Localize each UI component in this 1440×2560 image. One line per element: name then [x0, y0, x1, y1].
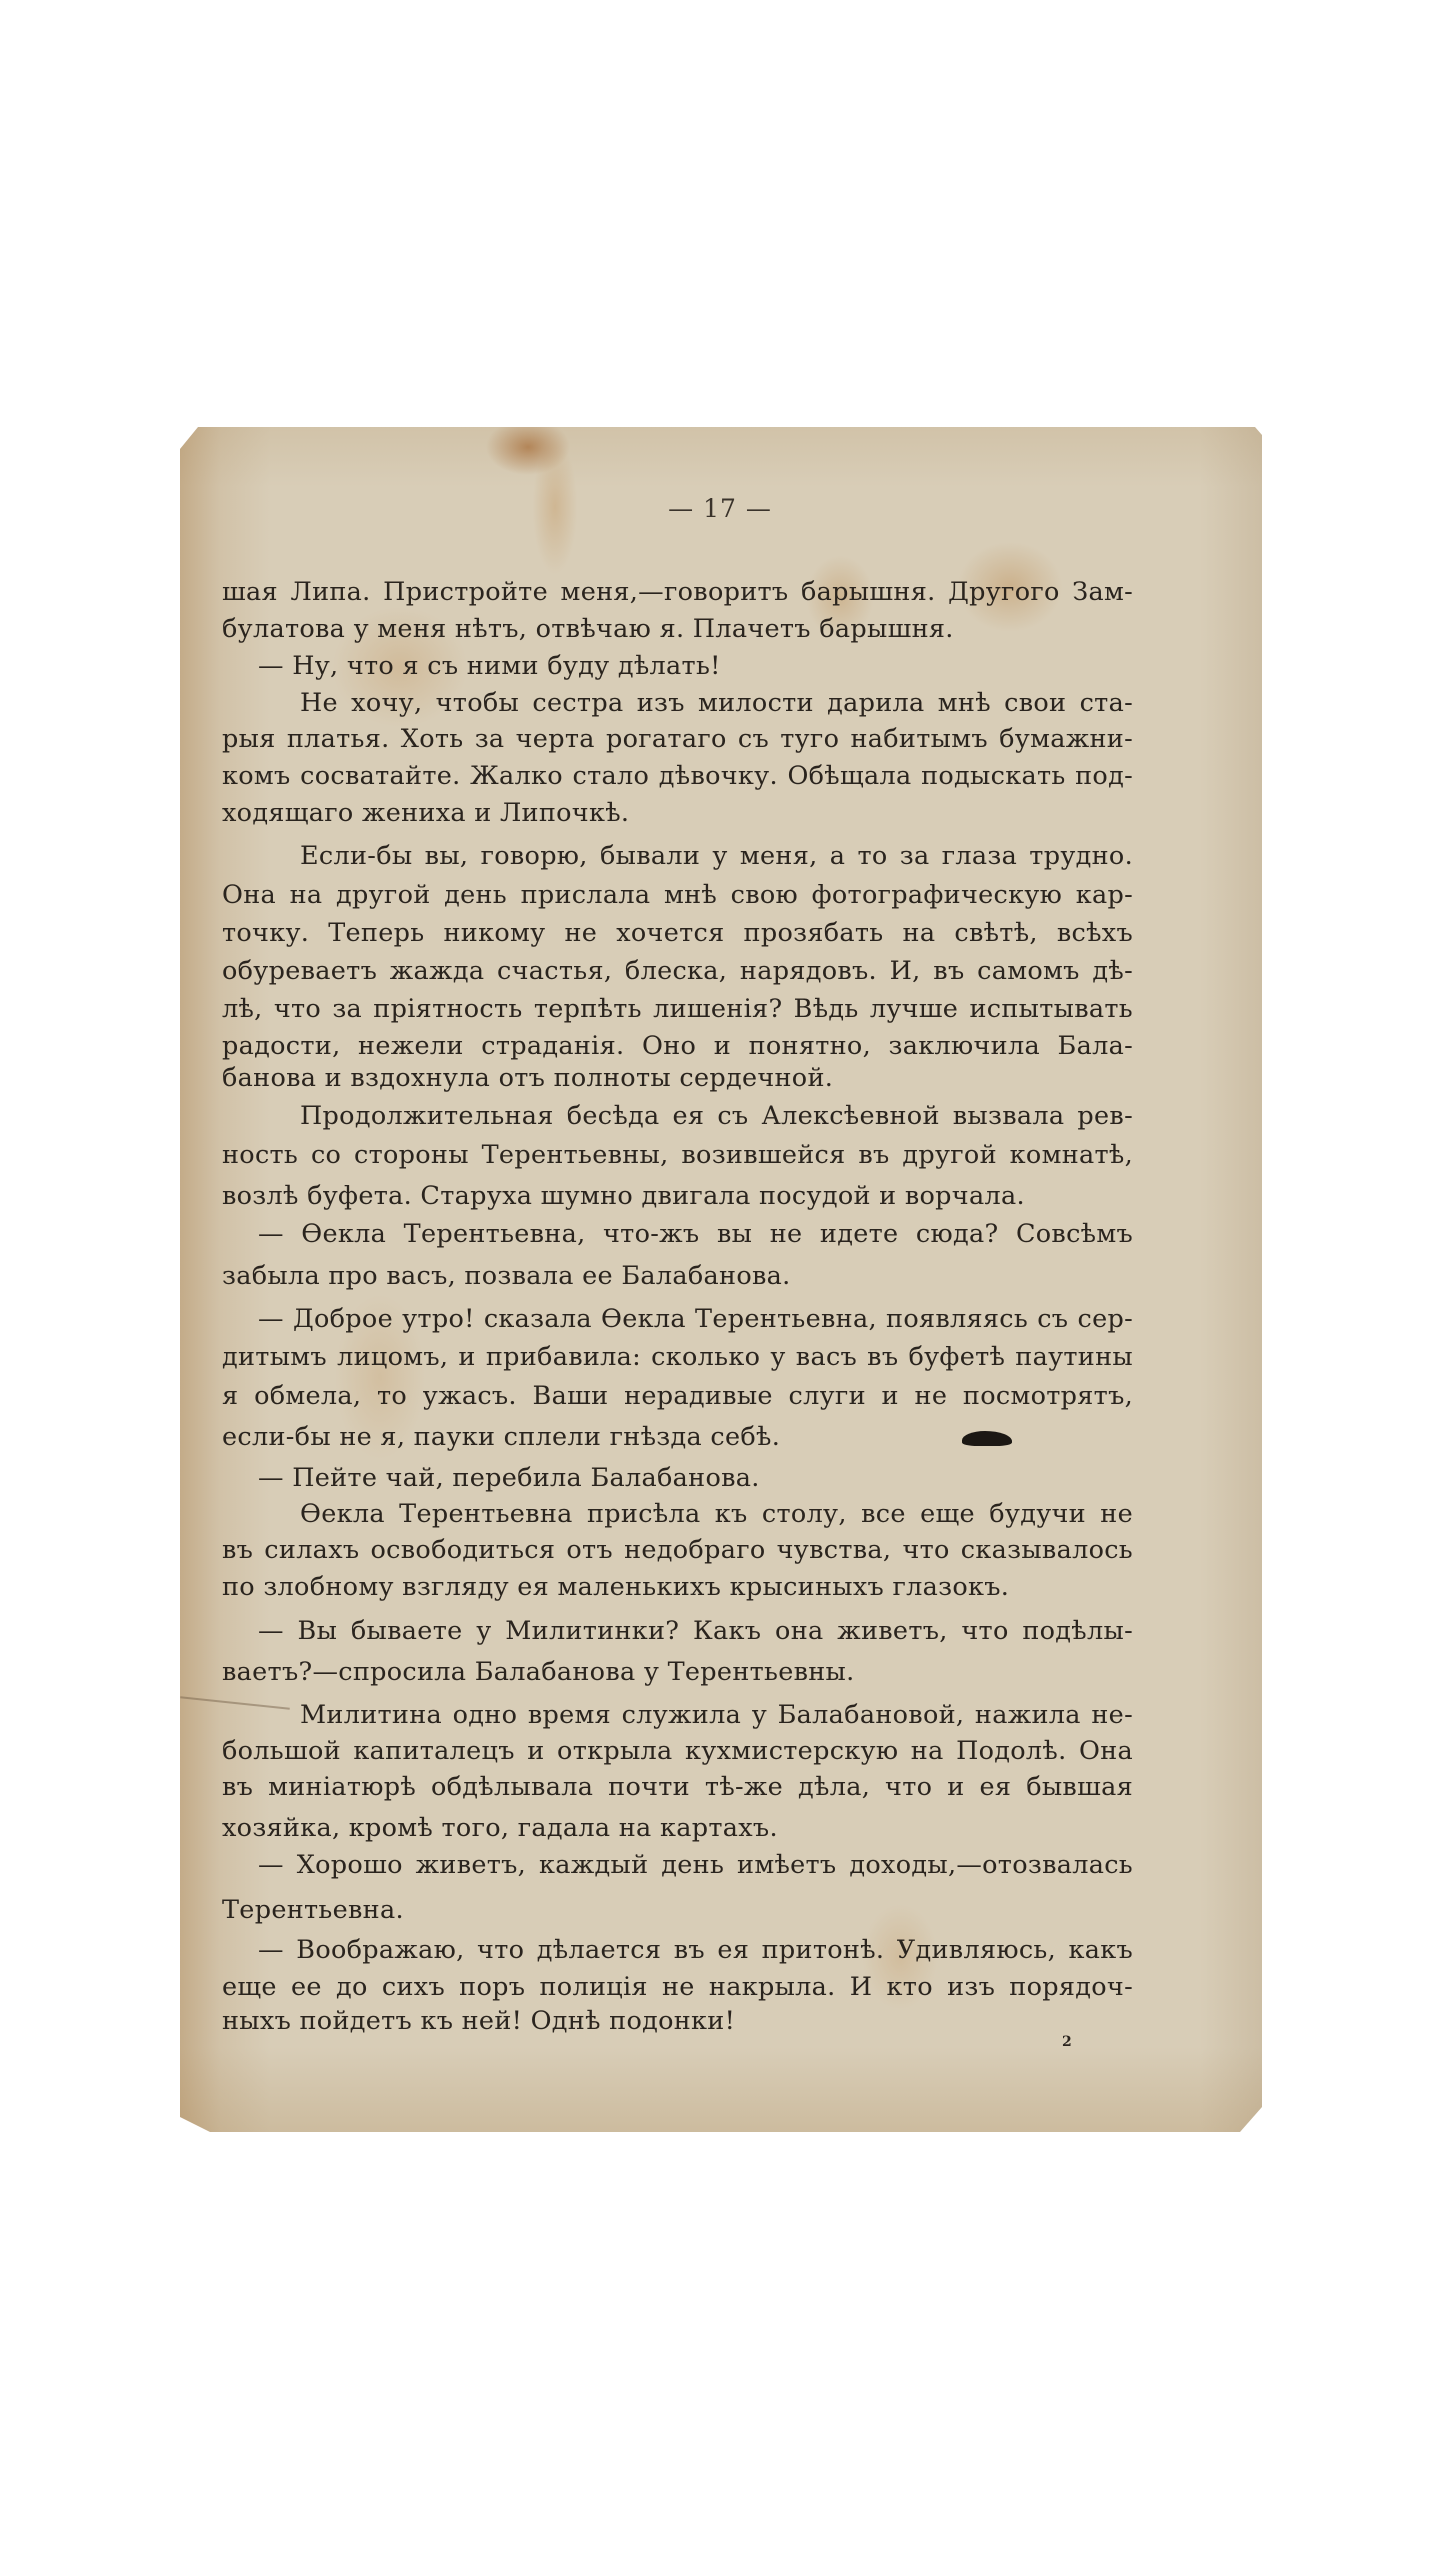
text-line: обуреваетъ жажда счастья, блеска, нарядо…: [222, 954, 1133, 988]
text-line: — Доброе утро! сказала Ѳекла Терентьевна…: [258, 1302, 1133, 1336]
text-line: булатова у меня нѣтъ, отвѣчаю я. Плачетъ…: [222, 612, 1133, 646]
text-line: точку. Теперь никому не хочется прозябат…: [222, 916, 1133, 950]
text-line: — Воображаю, что дѣлается въ ея притонѣ.…: [258, 1933, 1133, 1967]
page-number: — 17 —: [0, 494, 1440, 523]
text-line: по злобному взгляду ея маленькихъ крысин…: [222, 1570, 1133, 1604]
text-line: Ѳекла Терентьевна присѣла къ столу, все …: [300, 1497, 1133, 1531]
text-line: ныхъ пойдетъ къ ней! Однѣ подонки!: [222, 2004, 1133, 2038]
text-line: Продолжительная бесѣда ея съ Алексѣевной…: [300, 1099, 1133, 1133]
text-line: дитымъ лицомъ, и прибавила: сколько у ва…: [222, 1340, 1133, 1374]
text-line: хозяйка, кромѣ того, гадала на картахъ.: [222, 1811, 1133, 1845]
text-line: лѣ, что за пріятность терпѣть лишенія? В…: [222, 992, 1133, 1026]
text-line: Она на другой день прислала мнѣ свою фот…: [222, 878, 1133, 912]
text-line: возлѣ буфета. Старуха шумно двигала посу…: [222, 1179, 1133, 1213]
text-line: — Пейте чай, перебила Балабанова.: [258, 1461, 1133, 1495]
text-line: въ силахъ освободиться отъ недобраго чув…: [222, 1533, 1133, 1567]
text-line: — Ну, что я съ ними буду дѣлать!: [258, 649, 1133, 683]
text-line: большой капиталецъ и открыла кухмистерск…: [222, 1734, 1133, 1768]
text-line: ваетъ?—спросила Балабанова у Терентьевны…: [222, 1655, 1133, 1689]
text-line: радости, нежели страданія. Оно и понятно…: [222, 1029, 1133, 1063]
text-line: банова и вздохнула отъ полноты сердечной…: [222, 1061, 1133, 1095]
text-line: комъ сосватайте. Жалко стало дѣвочку. Об…: [222, 759, 1133, 793]
text-line: я обмела, то ужасъ. Ваши нерадивые слуги…: [222, 1379, 1133, 1413]
text-line: еще ее до сихъ поръ полиція не накрыла. …: [222, 1970, 1133, 2004]
text-line: Милитина одно время служила у Балабаново…: [300, 1698, 1133, 1732]
text-line: ходящаго жениха и Липочкѣ.: [222, 796, 1133, 830]
text-line: — Ѳекла Терентьевна, что-жъ вы не идете …: [258, 1217, 1133, 1251]
text-line: Терентьевна.: [222, 1893, 1133, 1927]
text-line: забыла про васъ, позвала ее Балабанова.: [222, 1259, 1133, 1293]
text-line: — Хорошо живетъ, каждый день имѣетъ дохо…: [258, 1848, 1133, 1882]
text-line: шая Липа. Пристройте меня,—говоритъ бары…: [222, 575, 1133, 609]
text-line: Если-бы вы, говорю, бывали у меня, а то …: [300, 839, 1133, 873]
text-line: въ миніатюрѣ обдѣлывала почти тѣ-же дѣла…: [222, 1770, 1133, 1804]
signature-mark: 2: [1062, 2034, 1072, 2050]
text-line: Не хочу, чтобы сестра изъ милости дарила…: [300, 686, 1133, 720]
text-line: если-бы не я, пауки сплели гнѣзда себѣ.: [222, 1420, 1133, 1454]
text-line: ность со стороны Терентьевны, возившейся…: [222, 1138, 1133, 1172]
text-line: — Вы бываете у Милитинки? Какъ она живет…: [258, 1614, 1133, 1648]
text-line: рыя платья. Хоть за черта рогатаго съ ту…: [222, 722, 1133, 756]
